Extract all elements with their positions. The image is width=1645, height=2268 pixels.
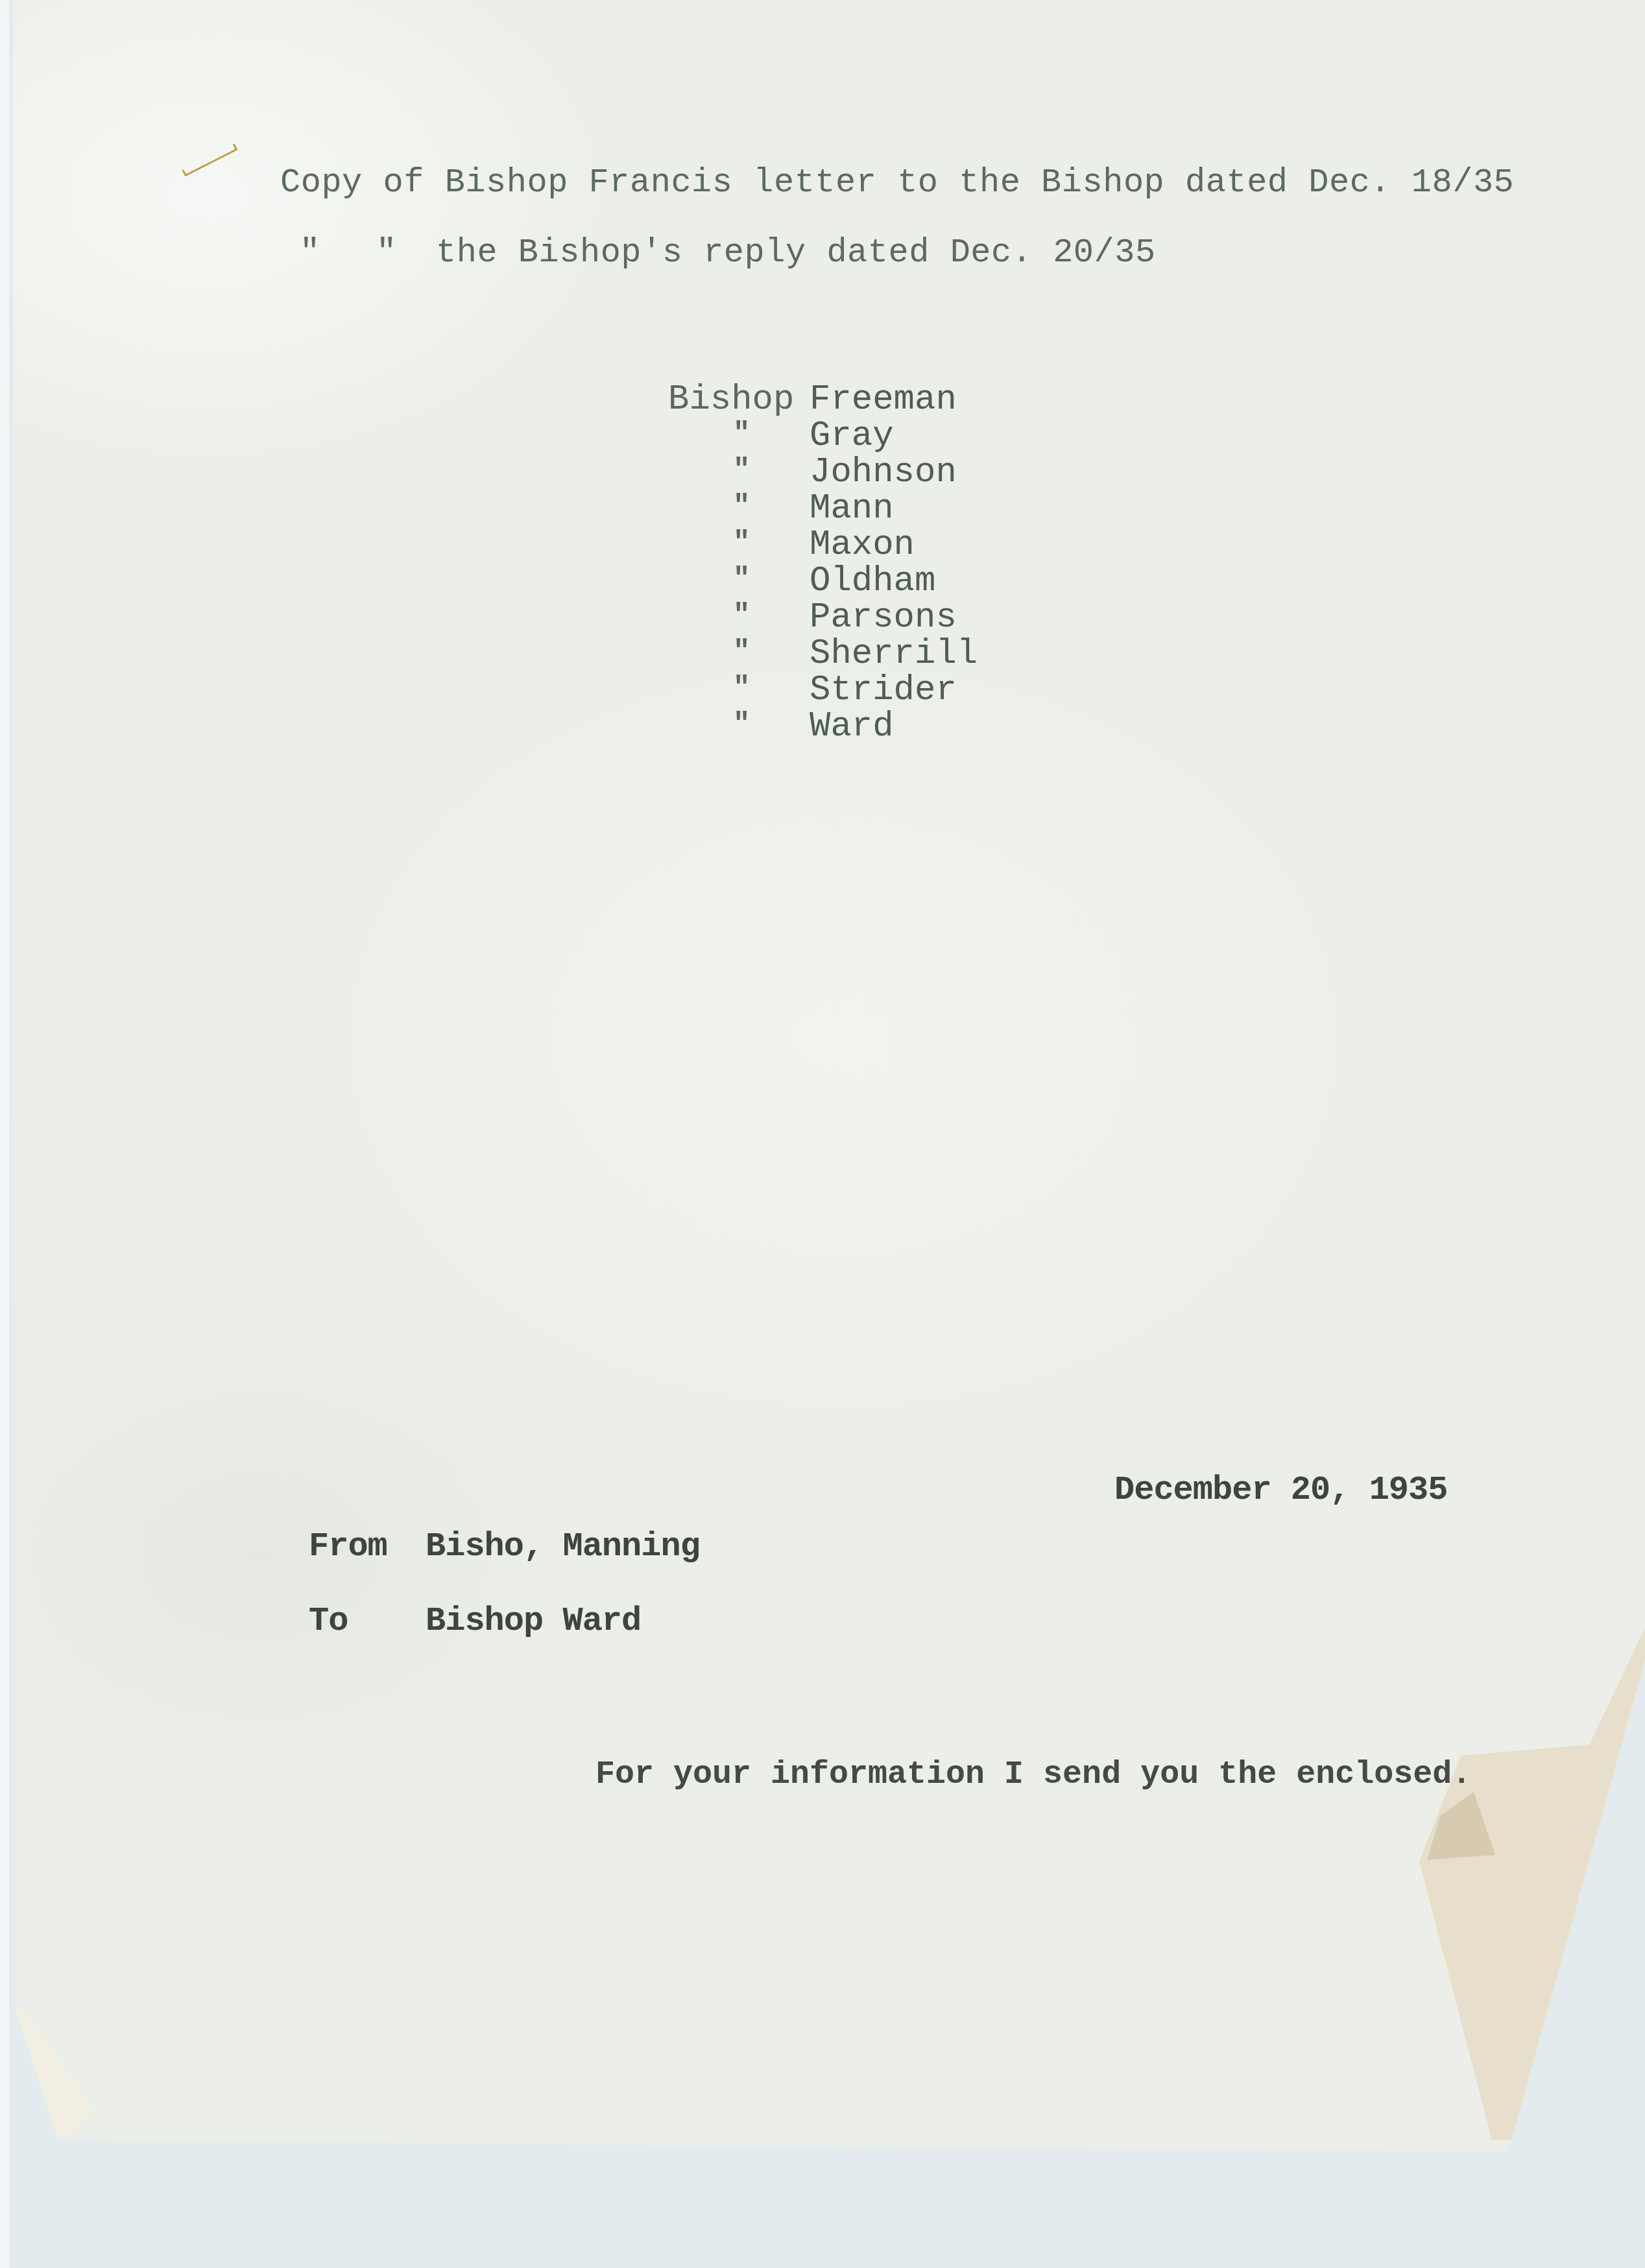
ditto-mark: " — [376, 233, 397, 272]
memo-date: December 20, 1935 — [1114, 1471, 1448, 1509]
recipient-name: Sherrill — [810, 634, 978, 674]
memo-body: For your information I send you the encl… — [595, 1756, 1471, 1793]
header-line-reply: the Bishop's reply dated Dec. 20/35 — [436, 233, 1156, 272]
recipient-name: Gray — [810, 416, 894, 456]
paper-sheet — [0, 0, 1645, 2268]
list-title-word: Bishop — [668, 380, 791, 420]
from-value: Bisho, Manning — [426, 1527, 700, 1566]
recipient-name: Strider — [810, 671, 957, 710]
recipient-name: Oldham — [810, 562, 935, 601]
recipient-name: Ward — [810, 707, 894, 746]
to-value: Bishop Ward — [426, 1602, 641, 1640]
header-line-copy-of-letter: Copy of Bishop Francis letter to the Bis… — [280, 163, 1514, 202]
recipient-name: Parsons — [810, 598, 957, 638]
scanner-background-edge — [0, 0, 9, 2268]
recipient-name: Maxon — [810, 525, 915, 565]
ditto-mark: " — [300, 233, 320, 272]
recipient-name: Freeman — [810, 380, 957, 420]
to-label: To — [309, 1602, 348, 1640]
recipient-name: Johnson — [810, 453, 957, 492]
from-label: From — [309, 1527, 387, 1566]
recipient-name: Mann — [810, 489, 894, 529]
